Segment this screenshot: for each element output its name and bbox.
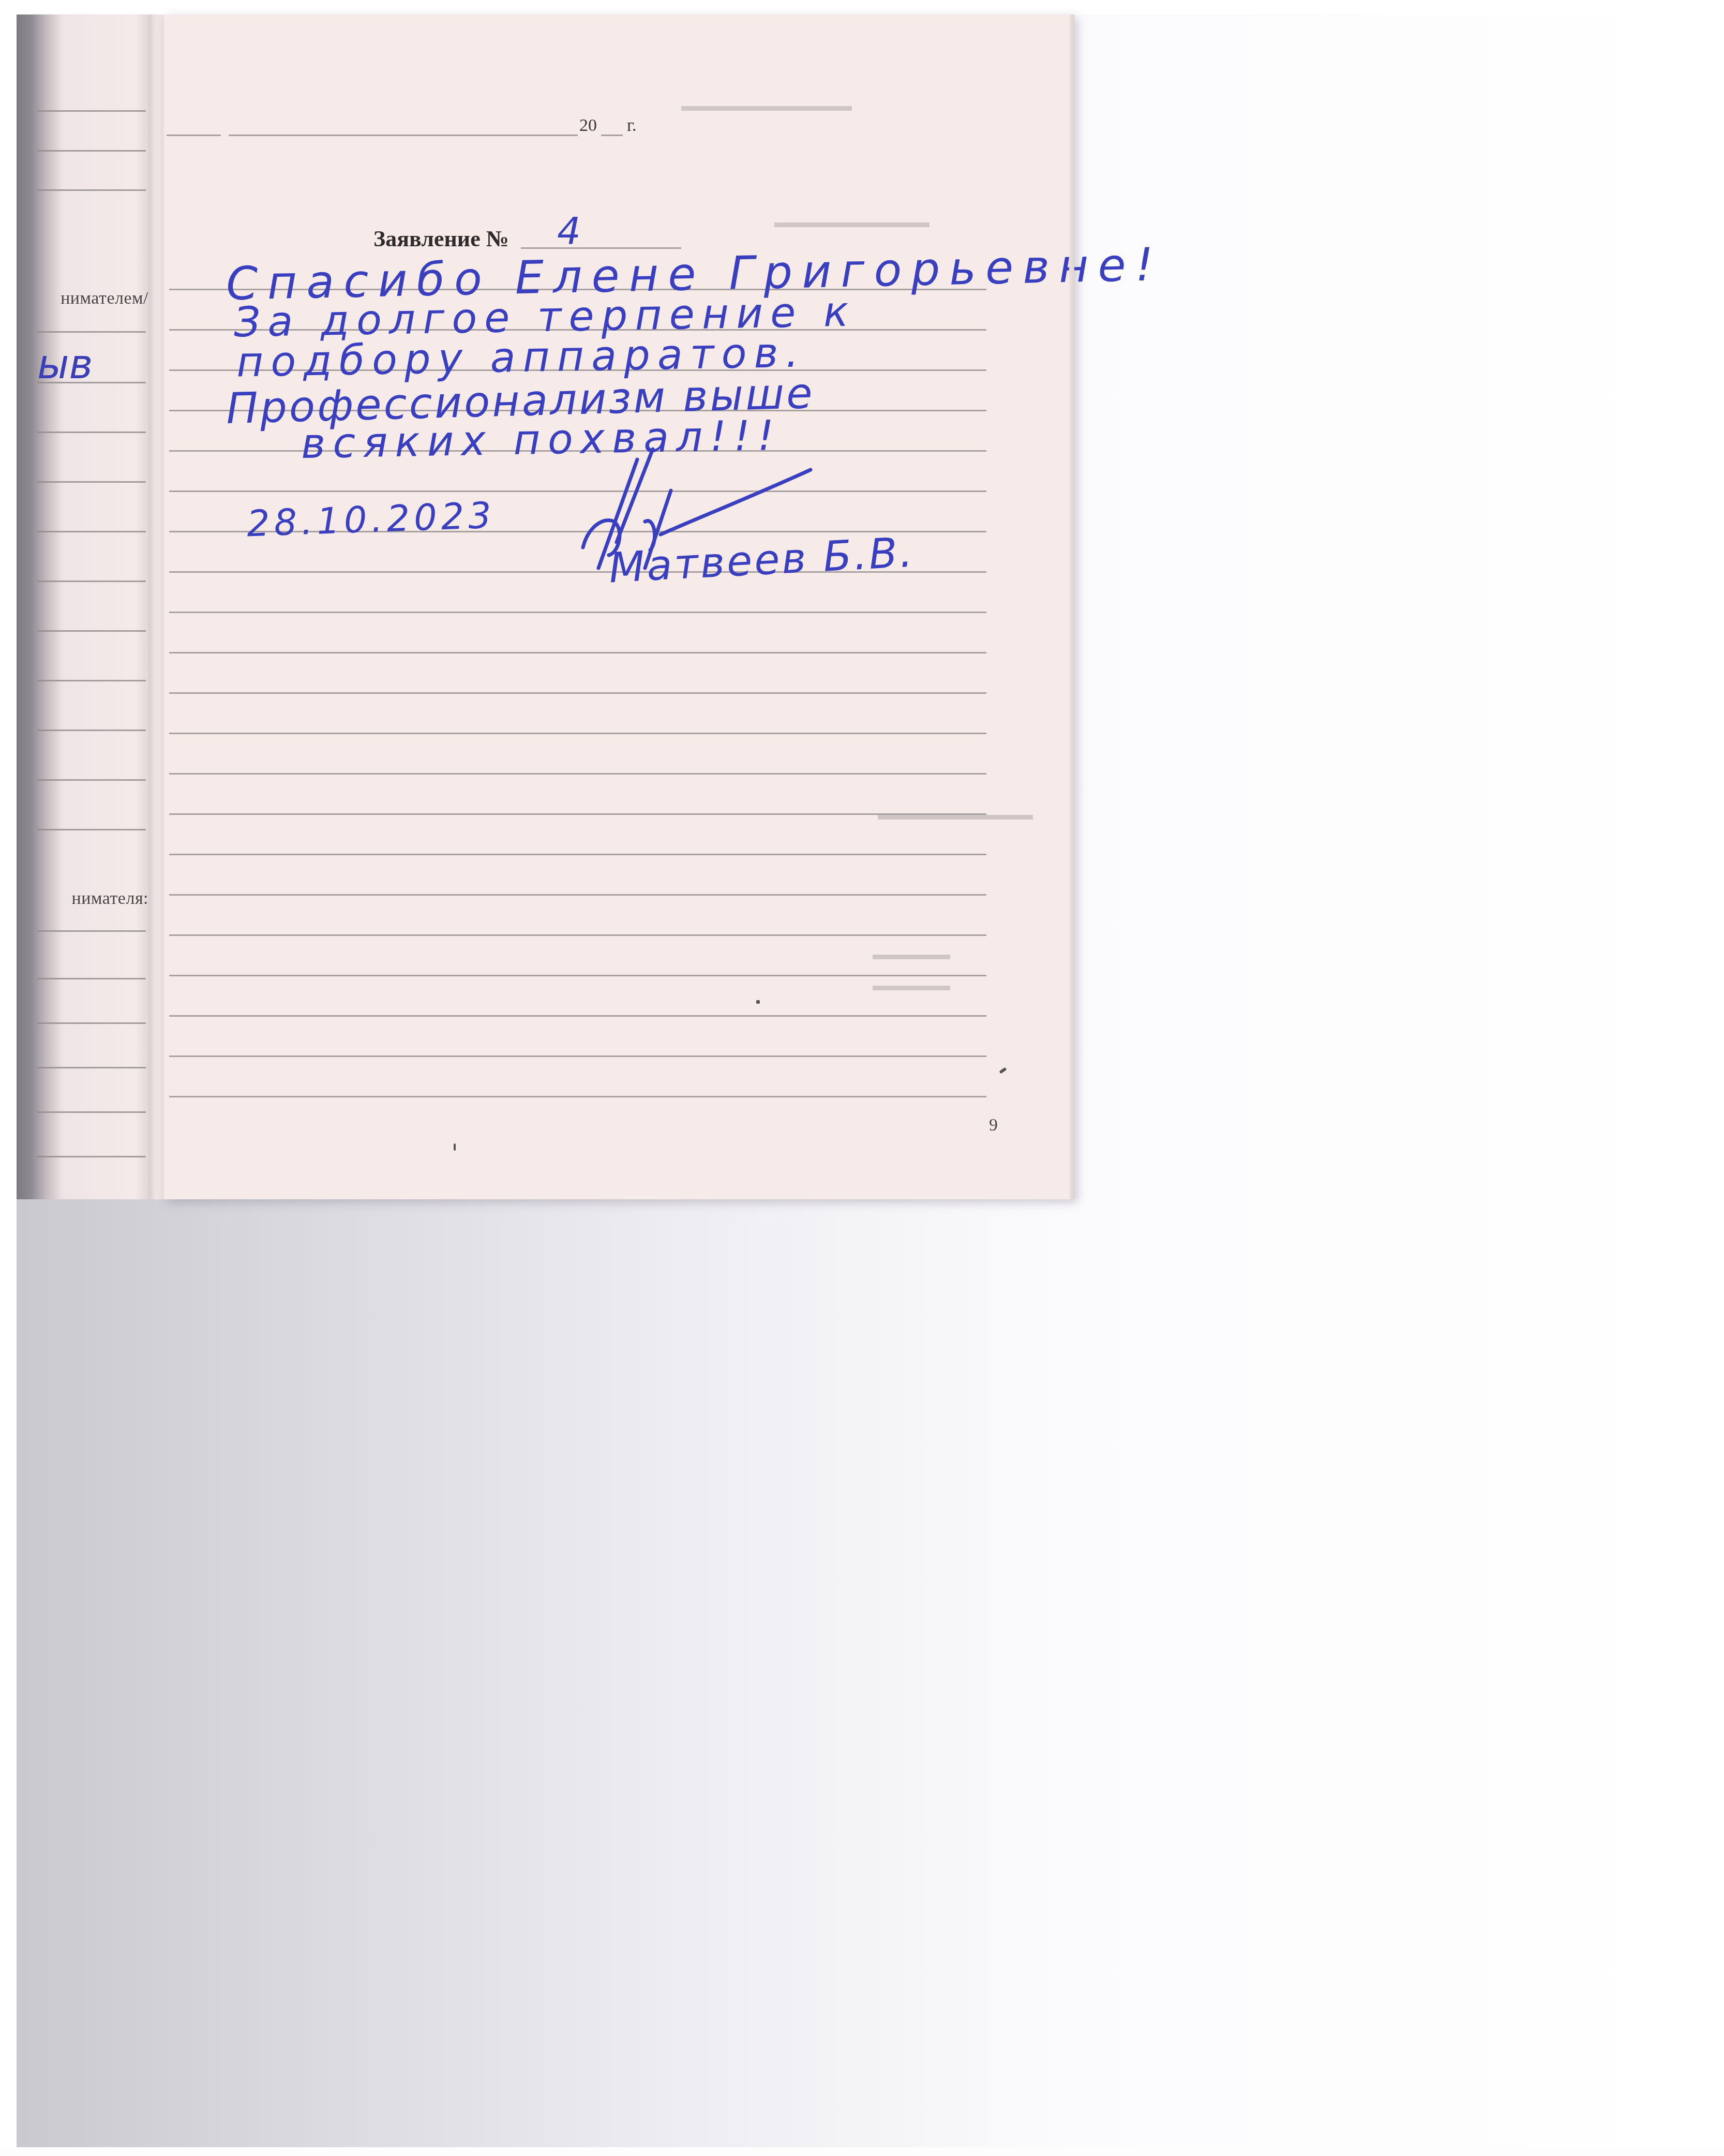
left-ruled-line — [37, 779, 146, 781]
left-ruled-line — [37, 978, 146, 979]
document-title: Заявление № — [373, 226, 509, 252]
ink-speck — [999, 1067, 1007, 1074]
left-page-label: нимателем/ — [37, 289, 148, 308]
bleed-through-text: ▬▬▬▬▬▬▬▬▬▬ — [878, 806, 1033, 824]
left-ruled-line — [37, 1067, 146, 1068]
ruled-line — [169, 1096, 986, 1097]
notebook-spine — [148, 14, 164, 1199]
date-line-year — [601, 135, 623, 136]
left-ruled-line — [37, 150, 146, 152]
scan-margin-top — [0, 0, 1724, 14]
ruled-line — [169, 1055, 986, 1057]
ink-speck — [454, 1143, 456, 1151]
main-page: ▬▬▬▬▬▬▬▬▬▬▬ ▬▬▬▬▬▬▬▬▬▬ ▬▬▬▬▬▬▬▬▬▬ ▬▬▬▬▬ … — [164, 14, 1074, 1199]
date-line-month — [229, 135, 578, 136]
ruled-line — [169, 612, 986, 613]
left-ruled-line — [37, 630, 146, 632]
scan-margin-bottom — [0, 2147, 1724, 2156]
scan-margin-left — [0, 0, 17, 2156]
left-ruled-line — [37, 1156, 146, 1157]
ruled-line — [169, 975, 986, 976]
left-page-handwriting: ыв — [37, 341, 151, 388]
ruled-line — [169, 934, 986, 936]
ruled-line — [169, 813, 986, 815]
date-line-year-prefix: 20 — [579, 116, 597, 136]
left-ruled-line — [37, 829, 146, 830]
ruled-line — [169, 652, 986, 653]
ruled-line — [169, 733, 986, 734]
left-ruled-line — [37, 680, 146, 681]
left-ruled-line — [37, 1022, 146, 1024]
left-ruled-line — [37, 189, 146, 191]
date-line-suffix: г. — [627, 116, 637, 136]
left-ruled-line — [37, 382, 146, 383]
left-page-label: нимателя: — [37, 889, 148, 909]
ruled-line — [169, 773, 986, 775]
ruled-line — [169, 692, 986, 694]
open-notebook: нимателем/ ыв нимателя: ▬▬▬▬▬▬▬▬▬▬▬ ▬▬▬▬… — [17, 14, 1074, 1199]
left-ruled-line — [37, 930, 146, 932]
handwritten-application-number: 4 — [557, 209, 584, 252]
handwritten-date: 28.10.2023 — [246, 494, 496, 545]
left-ruled-line — [37, 1111, 146, 1113]
left-ruled-line — [37, 531, 146, 532]
left-ruled-line — [37, 581, 146, 582]
ink-speck — [756, 1000, 760, 1004]
bleed-through-text: ▬▬▬▬▬ — [873, 977, 950, 994]
left-ruled-line — [37, 481, 146, 483]
bleed-through-text: ▬▬▬▬▬▬▬▬▬▬▬ — [681, 97, 852, 115]
left-ruled-line — [37, 110, 146, 112]
bleed-through-text: ▬▬▬▬▬▬▬▬▬▬ — [774, 214, 930, 231]
left-ruled-line — [37, 432, 146, 433]
left-page-strip: нимателем/ ыв нимателя: — [17, 14, 148, 1199]
left-ruled-line — [37, 730, 146, 731]
bleed-through-text: ▬▬▬▬▬ — [873, 946, 950, 963]
left-ruled-line — [37, 331, 146, 333]
ruled-line — [169, 854, 986, 855]
ruled-line — [169, 1015, 986, 1017]
ruled-line — [169, 894, 986, 896]
page-number: 9 — [989, 1116, 998, 1135]
date-line-day — [167, 135, 221, 136]
